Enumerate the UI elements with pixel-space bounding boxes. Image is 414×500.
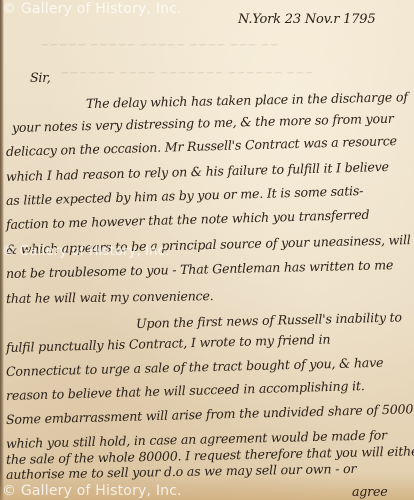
letter-salutation: Sir, bbox=[30, 70, 51, 85]
letter-catchword: agree bbox=[352, 484, 388, 499]
watermark-top: © Gallery of History, Inc. bbox=[2, 1, 182, 17]
letter-dateline: N.York 23 Nov.r 1795 bbox=[238, 12, 375, 27]
bleed-through-text: ​~~ ~~~ ~~~~ ~~~~~ ~~~~~ ~~~~~ bbox=[40, 38, 279, 51]
watermark-bottom: © Gallery of History, Inc. bbox=[2, 483, 182, 499]
letter-line: that he will wait my convenience. bbox=[6, 288, 214, 306]
watermark-middle: © Gallery of History, Inc. bbox=[2, 244, 169, 259]
bleed-through-text: ​~~~ ~~~~~~ ~~~~~~~ ~~~~ ~~~~~~ bbox=[60, 66, 314, 79]
